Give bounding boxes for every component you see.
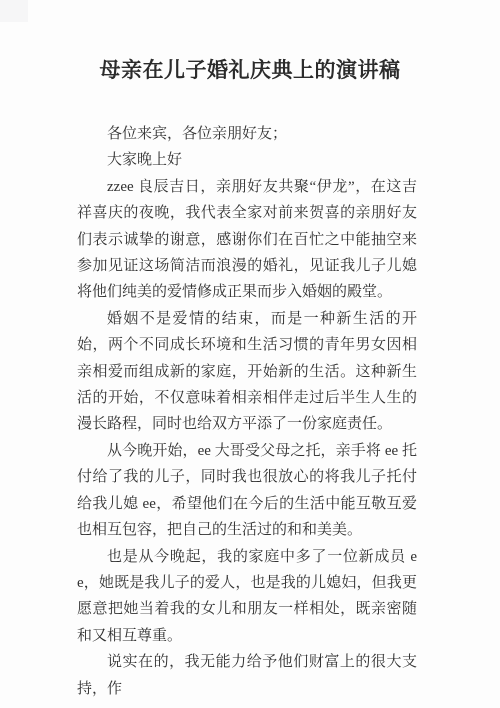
paragraph-entrustment: 从今晚开始，ee 大哥受父母之托，亲手将 ee 托付给了我的儿子，同时我也很放心… <box>77 438 417 544</box>
paragraph-salutation: 各位来宾，各位亲朋好友； <box>77 121 417 147</box>
scan-corner-shade <box>0 0 28 22</box>
document-page: 母亲在儿子婚礼庆典上的演讲稿 各位来宾，各位亲朋好友； 大家晚上好 zzee 良… <box>0 0 500 708</box>
document-title: 母亲在儿子婚礼庆典上的演讲稿 <box>0 0 500 84</box>
paragraph-marriage-meaning: 婚姻不是爱情的结束，而是一种新生活的开始，两个不同成长环境和生活习惯的青年男女因… <box>77 306 417 438</box>
paragraph-thanks: zzee 良辰吉日，亲朋好友共聚“伊龙”，在这吉祥喜庆的夜晚，我代表全家对前来贺… <box>77 174 417 306</box>
document-body: 各位来宾，各位亲朋好友； 大家晚上好 zzee 良辰吉日，亲朋好友共聚“伊龙”，… <box>77 121 417 702</box>
paragraph-new-family-member: 也是从今晚起，我的家庭中多了一位新成员 ee，她既是我儿子的爱人，也是我的儿媳妇… <box>77 544 417 650</box>
paragraph-honest-words: 说实在的，我无能力给予他们财富上的很大支持，作 <box>77 649 417 702</box>
paragraph-greeting: 大家晚上好 <box>77 147 417 173</box>
